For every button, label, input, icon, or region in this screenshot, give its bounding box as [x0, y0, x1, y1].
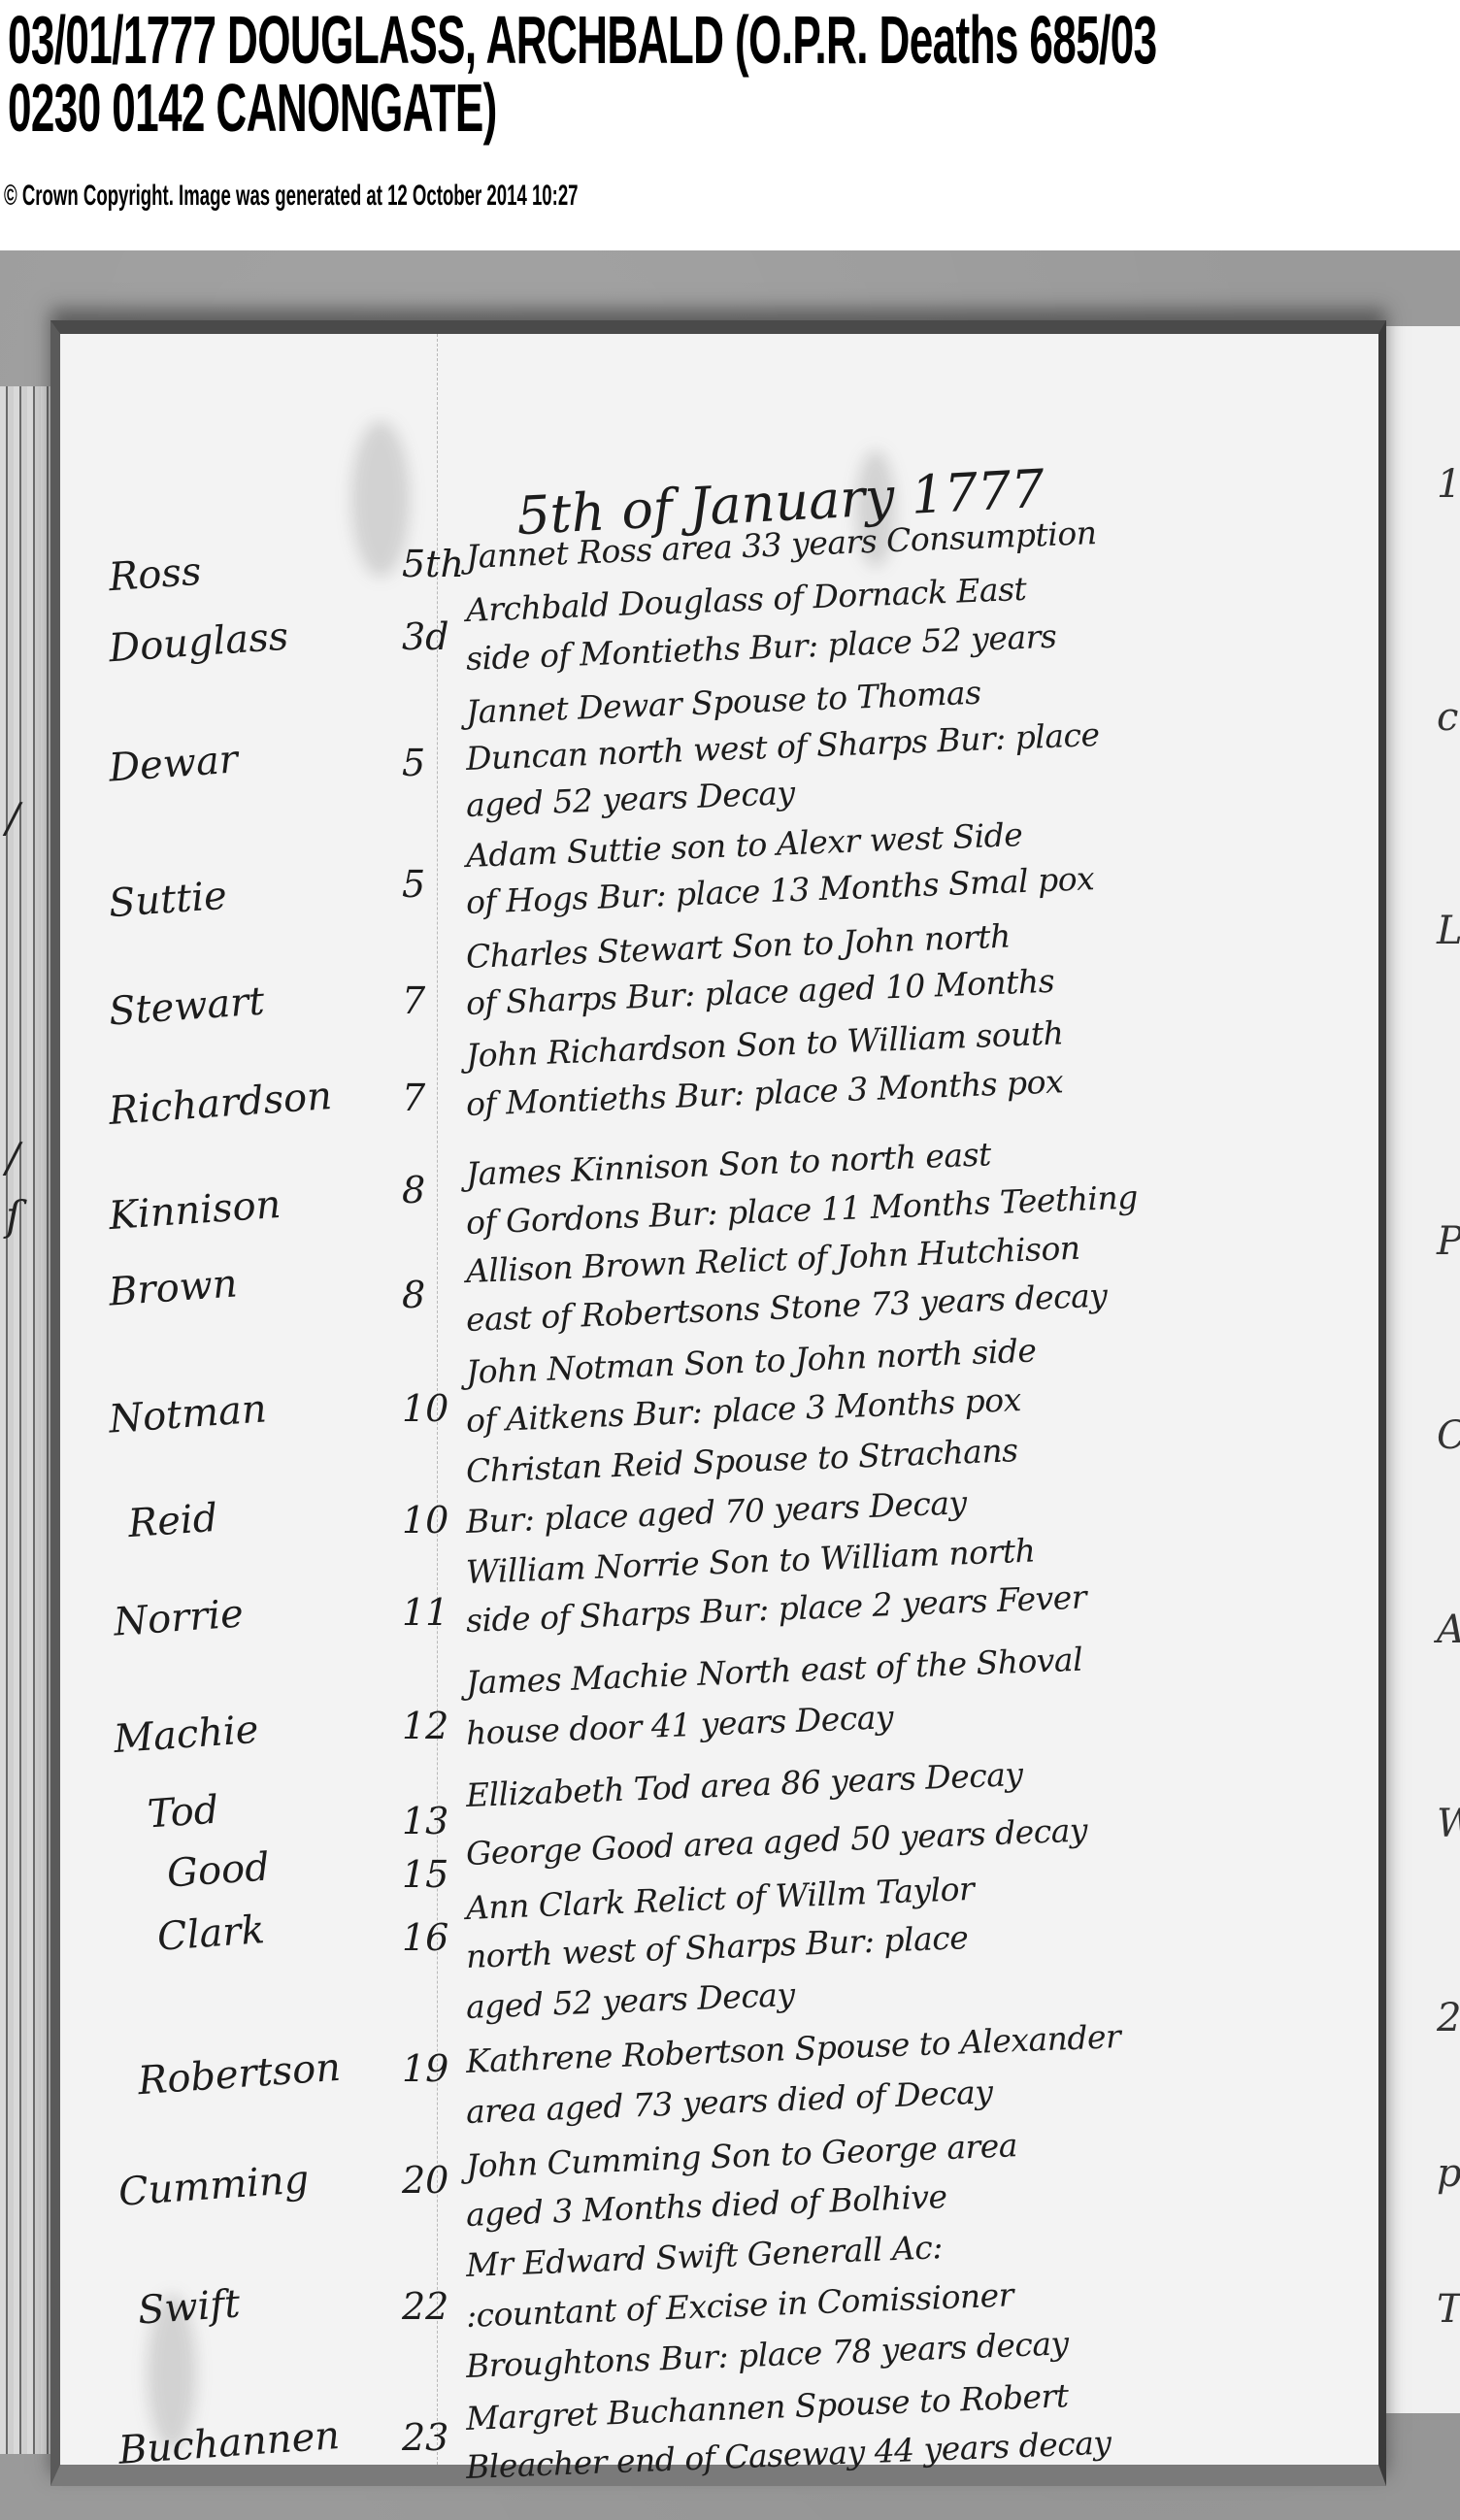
entry-surname: Brown [108, 1261, 239, 1314]
entry-text: Bur: place aged 70 years Decay [465, 1483, 967, 1541]
entry-day: 5 [402, 742, 425, 784]
entry-day: 11 [402, 1591, 448, 1634]
entry-day: 10 [402, 1499, 448, 1542]
adjacent-page-mark: 1 [1437, 462, 1460, 507]
entry-text: house door 41 years Decay [465, 1698, 893, 1752]
entry-surname: Suttie [108, 874, 229, 926]
entry-surname: Ross [108, 549, 203, 601]
entry-text: Kathrene Robertson Spouse to Alexander [465, 2017, 1121, 2080]
record-title-line-2: 0230 0142 CANONGATE) [8, 74, 1047, 142]
entry-day: 22 [402, 2285, 448, 2328]
entry-text: side of Montieths Bur: place 52 years [465, 617, 1057, 678]
entry-text: :countant of Excise in Comissioner [465, 2275, 1013, 2335]
entry-surname: Swift [137, 2281, 242, 2333]
margin-mark: / [6, 1134, 19, 1181]
entry-surname: Norrie [113, 1591, 246, 1644]
entry-text: Ann Clark Relict of Willm Taylor [465, 1870, 975, 1927]
entry-day: 10 [402, 1387, 448, 1430]
entry-surname: Machie [113, 1708, 260, 1762]
entry-surname: Robertson [137, 2045, 343, 2104]
margin-mark: ſ [6, 1192, 21, 1240]
entry-day: 3d [402, 615, 449, 658]
entry-surname: Dewar [108, 737, 240, 790]
entry-text: John Cumming Son to George area [465, 2126, 1017, 2185]
entry-day: 13 [402, 1800, 448, 1842]
adjacent-page-mark: A [1437, 1608, 1460, 1652]
copyright-notice: © Crown Copyright. Image was generated a… [4, 181, 726, 212]
entry-day: 8 [402, 1169, 425, 1211]
entry-surname: Clark [156, 1907, 267, 1960]
entry-surname: Buchannen [117, 2413, 342, 2473]
record-title-line-1: 03/01/1777 DOUGLASS, ARCHBALD (O.P.R. De… [8, 6, 1047, 74]
entry-text: aged 52 years Decay [465, 774, 795, 824]
entry-day: 8 [402, 1274, 425, 1316]
adjacent-page-mark: T [1437, 2287, 1460, 2332]
entry-text: Broughtons Bur: place 78 years decay [465, 2324, 1069, 2385]
adjacent-page-mark: P [1437, 1219, 1460, 1264]
entry-text: aged 52 years Decay [465, 1975, 795, 2026]
adjacent-page-mark: L [1437, 909, 1460, 953]
entry-day: 16 [402, 1916, 448, 1959]
entry-surname: Richardson [108, 1074, 334, 1134]
entry-surname: Good [166, 1844, 272, 1896]
entry-text: James Kinnison Son to north east [465, 1135, 991, 1193]
entry-text: William Norrie Son to William north [465, 1531, 1036, 1590]
entry-text: Mr Edward Swift Generall Ac: [465, 2228, 943, 2284]
entry-text: Ellizabeth Tod area 86 years Decay [465, 1755, 1023, 1814]
adjacent-page-mark: c [1437, 695, 1458, 740]
register-page: 5th of January 1777 Ross 5th Jannet Ross… [50, 320, 1386, 2486]
left-page-edges: / / ſ [0, 386, 58, 2454]
entry-day: 15 [402, 1853, 448, 1896]
adjacent-page-mark: C [1437, 1413, 1460, 1458]
entry-text: area aged 73 years died of Decay [465, 2072, 993, 2131]
entry-day: 12 [402, 1705, 448, 1747]
scanned-register-image: / / ſ 1 c L P C A W 2 p T 5th of January… [0, 250, 1460, 2520]
entry-day: 5 [402, 863, 425, 906]
entry-surname: Notman [108, 1386, 269, 1442]
adjacent-page-mark: W [1437, 1802, 1460, 1846]
entry-day: 5th [402, 543, 464, 585]
entry-day: 7 [402, 979, 425, 1022]
entry-text: of Aitkens Bur: place 3 Months pox [465, 1380, 1021, 1440]
entry-text: Christan Reid Spouse to Strachans [465, 1431, 1018, 1490]
entry-text: aged 3 Months died of Bolhive [465, 2177, 947, 2234]
entry-surname: Cumming [117, 2157, 311, 2215]
entry-surname: Tod [146, 1788, 219, 1838]
margin-mark: / [6, 794, 19, 842]
entry-day: 19 [402, 2047, 448, 2090]
entry-text: north west of Sharps Bur: place [465, 1918, 969, 1975]
entry-day: 20 [402, 2159, 448, 2202]
entry-text: James Machie North east of the Shoval [465, 1641, 1083, 1702]
entry-day: 7 [402, 1077, 425, 1119]
adjacent-page-mark: p [1437, 2151, 1460, 2196]
entry-surname: Kinnison [108, 1182, 282, 1239]
entry-surname: Reid [127, 1496, 219, 1546]
entry-surname: Douglass [108, 614, 290, 672]
entry-text: George Good area aged 50 years decay [465, 1810, 1087, 1873]
adjacent-page-edge: 1 c L P C A W 2 p T [1378, 326, 1460, 2413]
ink-smudge [351, 421, 410, 577]
entry-text: Archbald Douglass of Dornack East [465, 570, 1027, 629]
entry-surname: Stewart [108, 978, 266, 1034]
adjacent-page-mark: 2 [1437, 1996, 1460, 2040]
entry-day: 23 [402, 2416, 448, 2459]
entry-text: of Montieths Bur: place 3 Months pox [465, 1062, 1063, 1123]
